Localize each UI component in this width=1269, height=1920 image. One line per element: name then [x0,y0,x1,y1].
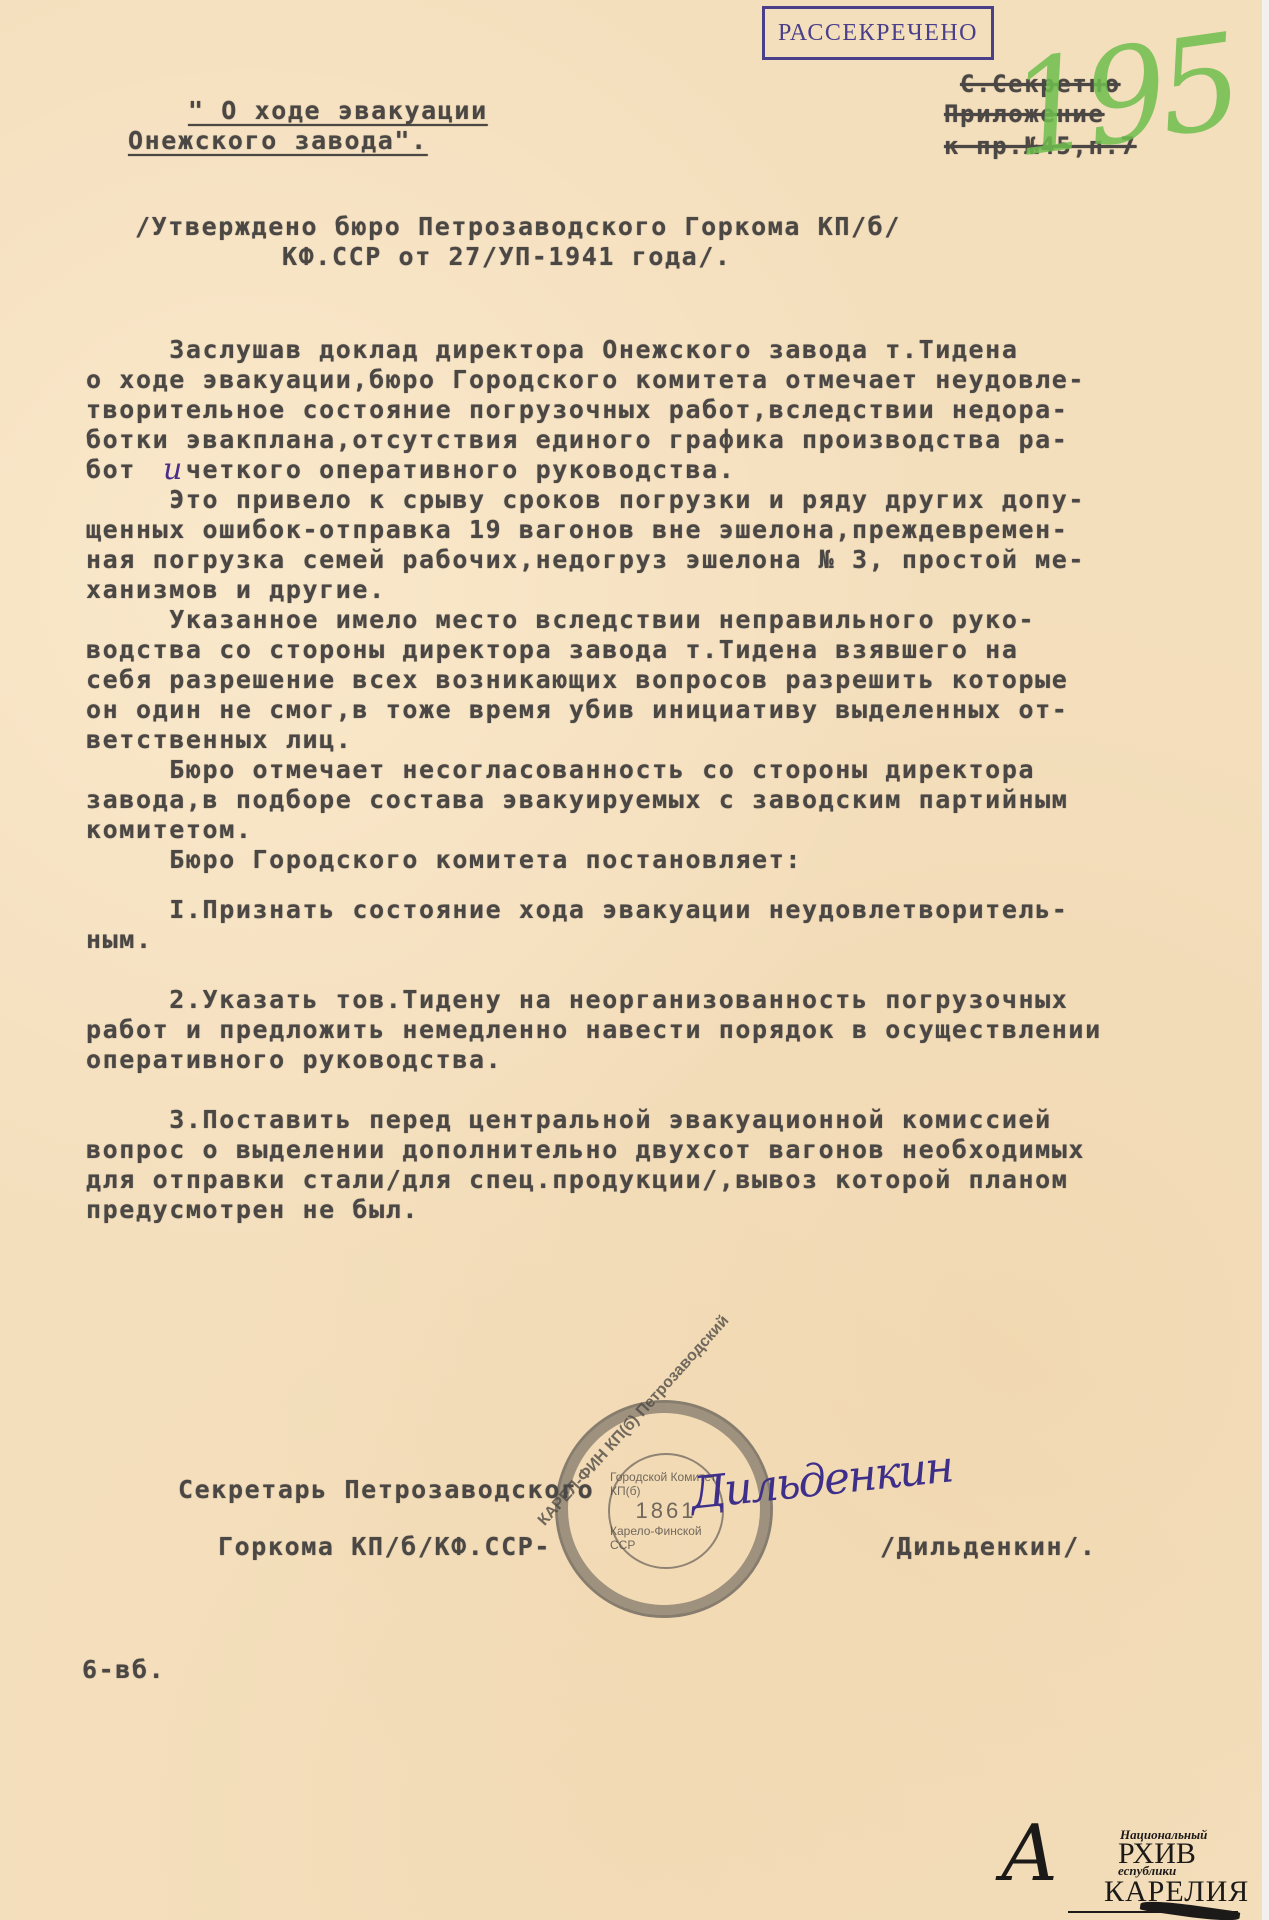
resolution-line: предусмотрен не был. [86,1195,419,1224]
approval-line-2: КФ.ССР от 27/УП-1941 года/. [282,242,732,271]
body-line: Заслушав доклад директора Онежского заво… [86,335,1018,364]
handwritten-insert: и [163,452,182,487]
title-line-2: Онежского завода". [128,126,428,155]
resolution-line: ным. [86,925,153,954]
body-line: творительное состояние погрузочных работ… [86,395,1068,424]
body-line: водства со стороны директора завода т.Ти… [86,635,1018,664]
seal-year: 1861 [636,1498,697,1524]
seal-bottom-text: Карело-Финской ССР [610,1524,722,1552]
approval-line-1: /Утверждено бюро Петрозаводского Горкома… [135,212,901,241]
resolution-line: 2.Указать тов.Тидену на неорганизованнос… [86,985,1068,1014]
resolution-line: работ и предложить немедленно навести по… [86,1015,1102,1044]
logo-monogram: А [1000,1815,1059,1893]
body-line: бот четкого оперативного руководства. [86,455,735,484]
body-line: Это привело к срыву сроков погрузки и ря… [86,485,1085,514]
declassified-stamp: РАССЕКРЕЧЕНО [762,6,994,60]
title-line-1: " О ходе эвакуации [188,96,488,125]
resolution-line: для отправки стали/для спец.продукции/,в… [86,1165,1068,1194]
resolution-line: оперативного руководства. [86,1045,502,1074]
signatory-name: /Дильденкин/. [880,1532,1096,1561]
body-line: комитетом. [86,815,253,844]
signature-title-line-2: Горкома КП/б/КФ.ССР- [218,1532,551,1561]
body-line: себя разрешение всех возникающих вопросо… [86,665,1068,694]
body-line: о ходе эвакуации,бюро Городского комитет… [86,365,1085,394]
body-line: щенных ошибок-отправка 19 вагонов вне эш… [86,515,1068,544]
resolution-line: 3.Поставить перед центральной эвакуацион… [86,1105,1052,1134]
body-line: завода,в подборе состава эвакуируемых с … [86,785,1068,814]
body-line: ветственных лиц. [86,725,352,754]
resolution-line: I.Признать состояние хода эвакуации неуд… [86,895,1068,924]
national-archive-karelia-logo: А Национальный РХИВ еспублики КАРЕЛИЯ [1000,1815,1240,1915]
body-line: он один не смог,в тоже время убив инициа… [86,695,1068,724]
signature-title-line-1: Секретарь Петрозаводского [178,1475,594,1504]
resolution-line: вопрос о выделении дополнительно двухсот… [86,1135,1085,1164]
body-line: ханизмов и другие. [86,575,386,604]
body-line: Бюро Городского комитета постановляет: [86,845,802,874]
body-line: ботки эвакплана,отсутствия единого графи… [86,425,1068,454]
declassified-stamp-text: РАССЕКРЕЧЕНО [778,20,978,47]
body-line: Бюро отмечает несогласованность со сторо… [86,755,1035,784]
document-code: 6-вб. [82,1655,165,1684]
body-line: ная погрузка семей рабочих,недогруз эшел… [86,545,1085,574]
body-line: Указанное имело место вследствии неправи… [86,605,1035,634]
green-handwritten-number: 195 [1001,5,1244,187]
document-page: РАССЕКРЕЧЕНО С.Секретно Приложение к пр.… [0,0,1262,1920]
